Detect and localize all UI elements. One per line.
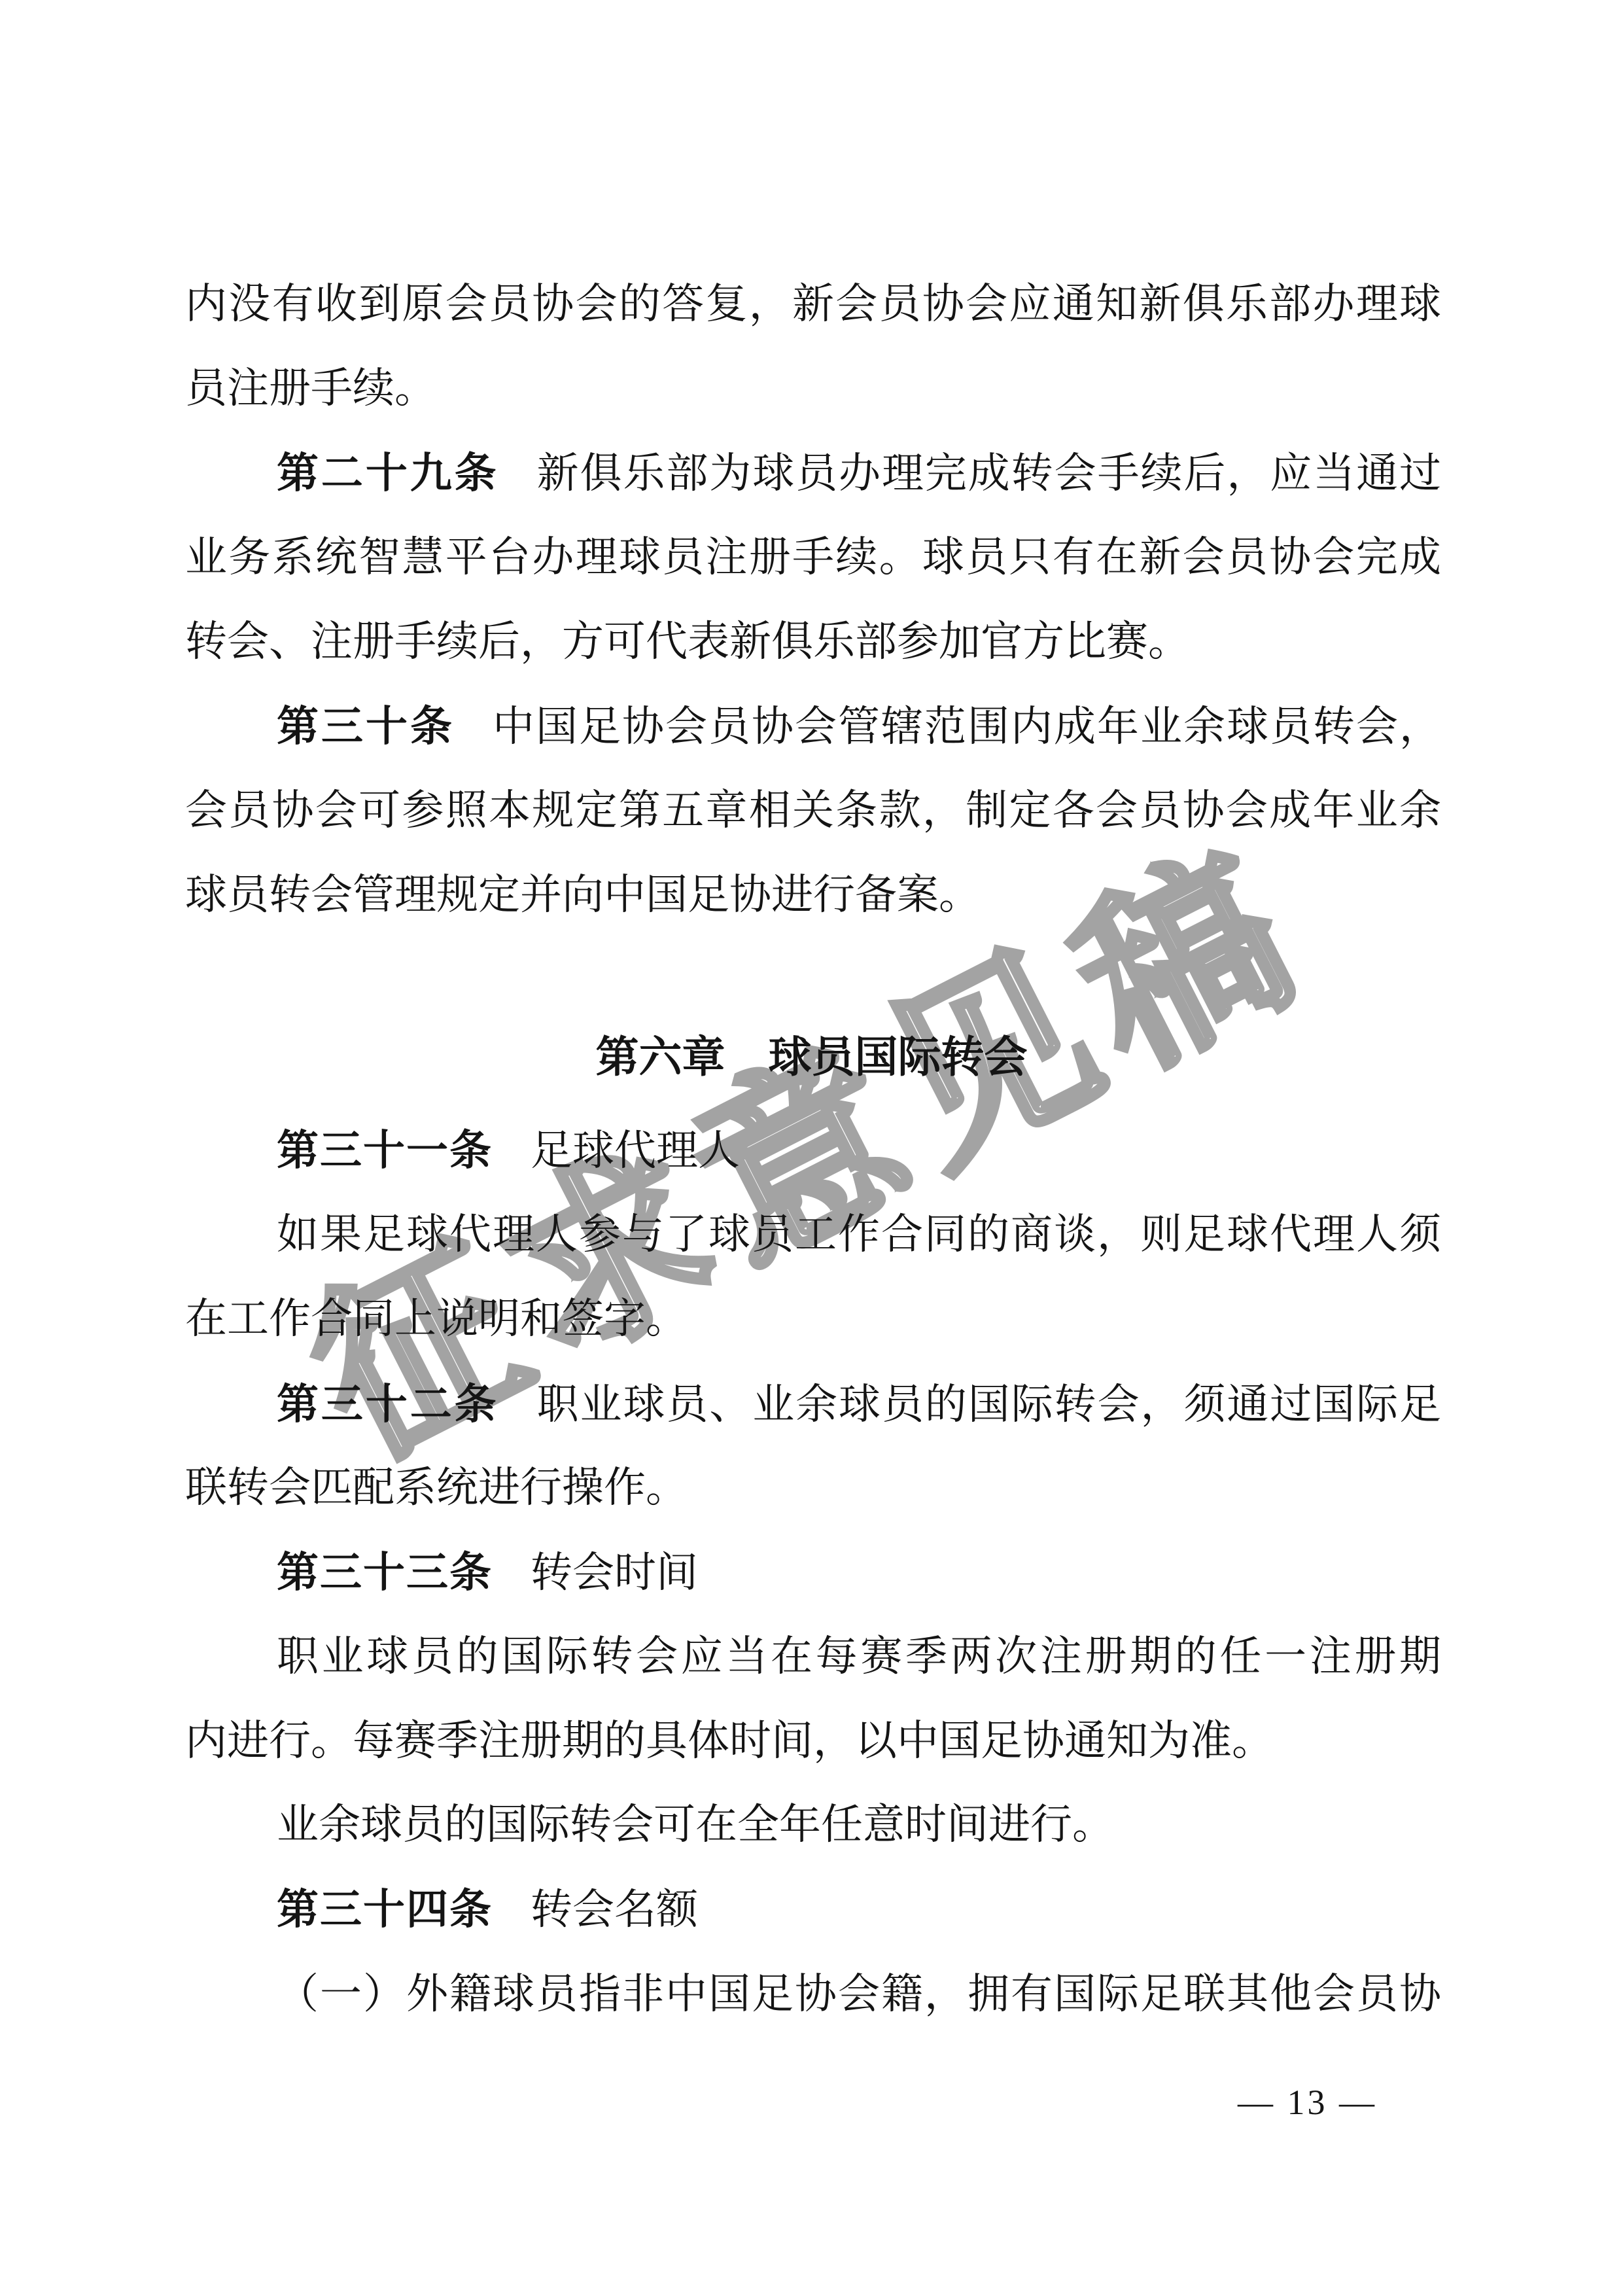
- body-text: 转会名额: [531, 1886, 698, 1933]
- body-text: 职业球员、业余球员的国际转会，须通过国际足: [537, 1381, 1441, 1428]
- body-text: 会员协会可参照本规定第五章相关条款，制定各会员协会成年业余: [185, 787, 1441, 834]
- clause-number: 第三十条: [277, 703, 455, 750]
- body-text: 足球代理人: [531, 1127, 740, 1174]
- body-text: 内没有收到原会员协会的答复，新会员协会应通知新俱乐部办理球: [185, 281, 1441, 327]
- body-text: 转会、注册手续后，方可代表新俱乐部参加官方比赛。: [185, 618, 1190, 665]
- chapter-heading: 第六章 球员国际转会: [0, 1032, 1623, 1084]
- body-text: 业余球员的国际转会可在全年任意时间进行。: [277, 1801, 1114, 1848]
- clause-line: 第二十九条新俱乐部为球员办理完成转会手续后，应当通过: [185, 447, 1441, 500]
- body-line: 员注册手续。: [185, 362, 1441, 415]
- clause-number: 第三十三条: [277, 1549, 493, 1596]
- body-text: 在工作合同上说明和签字。: [185, 1296, 688, 1342]
- document-text-layer: 内没有收到原会员协会的答复，新会员协会应通知新俱乐部办理球 员注册手续。 第二十…: [0, 0, 1623, 2296]
- clause-number: 第三十二条: [277, 1381, 499, 1428]
- body-text: 中国足协会员协会管辖范围内成年业余球员转会，: [493, 703, 1441, 750]
- body-text: 联转会匹配系统进行操作。: [185, 1464, 688, 1511]
- body-line: 如果足球代理人参与了球员工作合同的商谈，则足球代理人须: [185, 1209, 1441, 1261]
- body-line: 业务系统智慧平台办理球员注册手续。球员只有在新会员协会完成: [185, 531, 1441, 584]
- body-text: 员注册手续。: [185, 365, 436, 412]
- body-line: 会员协会可参照本规定第五章相关条款，制定各会员协会成年业余: [185, 785, 1441, 837]
- clause-line: 第三十条中国足协会员协会管辖范围内成年业余球员转会，: [185, 700, 1441, 753]
- body-text: 业务系统智慧平台办理球员注册手续。球员只有在新会员协会完成: [185, 534, 1441, 580]
- body-line: 内进行。每赛季注册期的具体时间，以中国足协通知为准。: [185, 1715, 1441, 1767]
- body-text: 球员转会管理规定并向中国足协进行备案。: [185, 872, 981, 918]
- clause-line: 第三十四条转会名额: [185, 1883, 1441, 1936]
- body-line: 职业球员的国际转会应当在每赛季两次注册期的任一注册期: [185, 1631, 1441, 1683]
- body-text: 如果足球代理人参与了球员工作合同的商谈，则足球代理人须: [277, 1211, 1441, 1258]
- body-line: 业余球员的国际转会可在全年任意时间进行。: [185, 1799, 1441, 1851]
- clause-number: 第三十一条: [277, 1127, 493, 1174]
- body-text: （一）外籍球员指非中国足协会籍，拥有国际足联其他会员协: [277, 1971, 1441, 2017]
- body-text: 内进行。每赛季注册期的具体时间，以中国足协通知为准。: [185, 1718, 1274, 1764]
- body-line: 球员转会管理规定并向中国足协进行备案。: [185, 869, 1441, 921]
- clause-number: 第三十四条: [277, 1886, 493, 1933]
- body-line: 内没有收到原会员协会的答复，新会员协会应通知新俱乐部办理球: [185, 278, 1441, 330]
- clause-line: 第三十一条足球代理人: [185, 1124, 1441, 1177]
- clause-line: 第三十二条职业球员、业余球员的国际转会，须通过国际足: [185, 1378, 1441, 1431]
- page-number: — 13 —: [1238, 2082, 1377, 2123]
- clause-line: 第三十三条转会时间: [185, 1546, 1441, 1599]
- body-text: 职业球员的国际转会应当在每赛季两次注册期的任一注册期: [277, 1633, 1441, 1680]
- body-line: 转会、注册手续后，方可代表新俱乐部参加官方比赛。: [185, 616, 1441, 668]
- body-line: 联转会匹配系统进行操作。: [185, 1462, 1441, 1514]
- body-line: 在工作合同上说明和签字。: [185, 1293, 1441, 1345]
- body-text: 转会时间: [531, 1549, 698, 1596]
- clause-number: 第二十九条: [277, 450, 499, 497]
- body-line: （一）外籍球员指非中国足协会籍，拥有国际足联其他会员协: [185, 1968, 1441, 2021]
- body-text: 新俱乐部为球员办理完成转会手续后，应当通过: [537, 450, 1441, 497]
- document-page: 征求意见稿 内没有收到原会员协会的答复，新会员协会应通知新俱乐部办理球 员注册手…: [0, 0, 1623, 2296]
